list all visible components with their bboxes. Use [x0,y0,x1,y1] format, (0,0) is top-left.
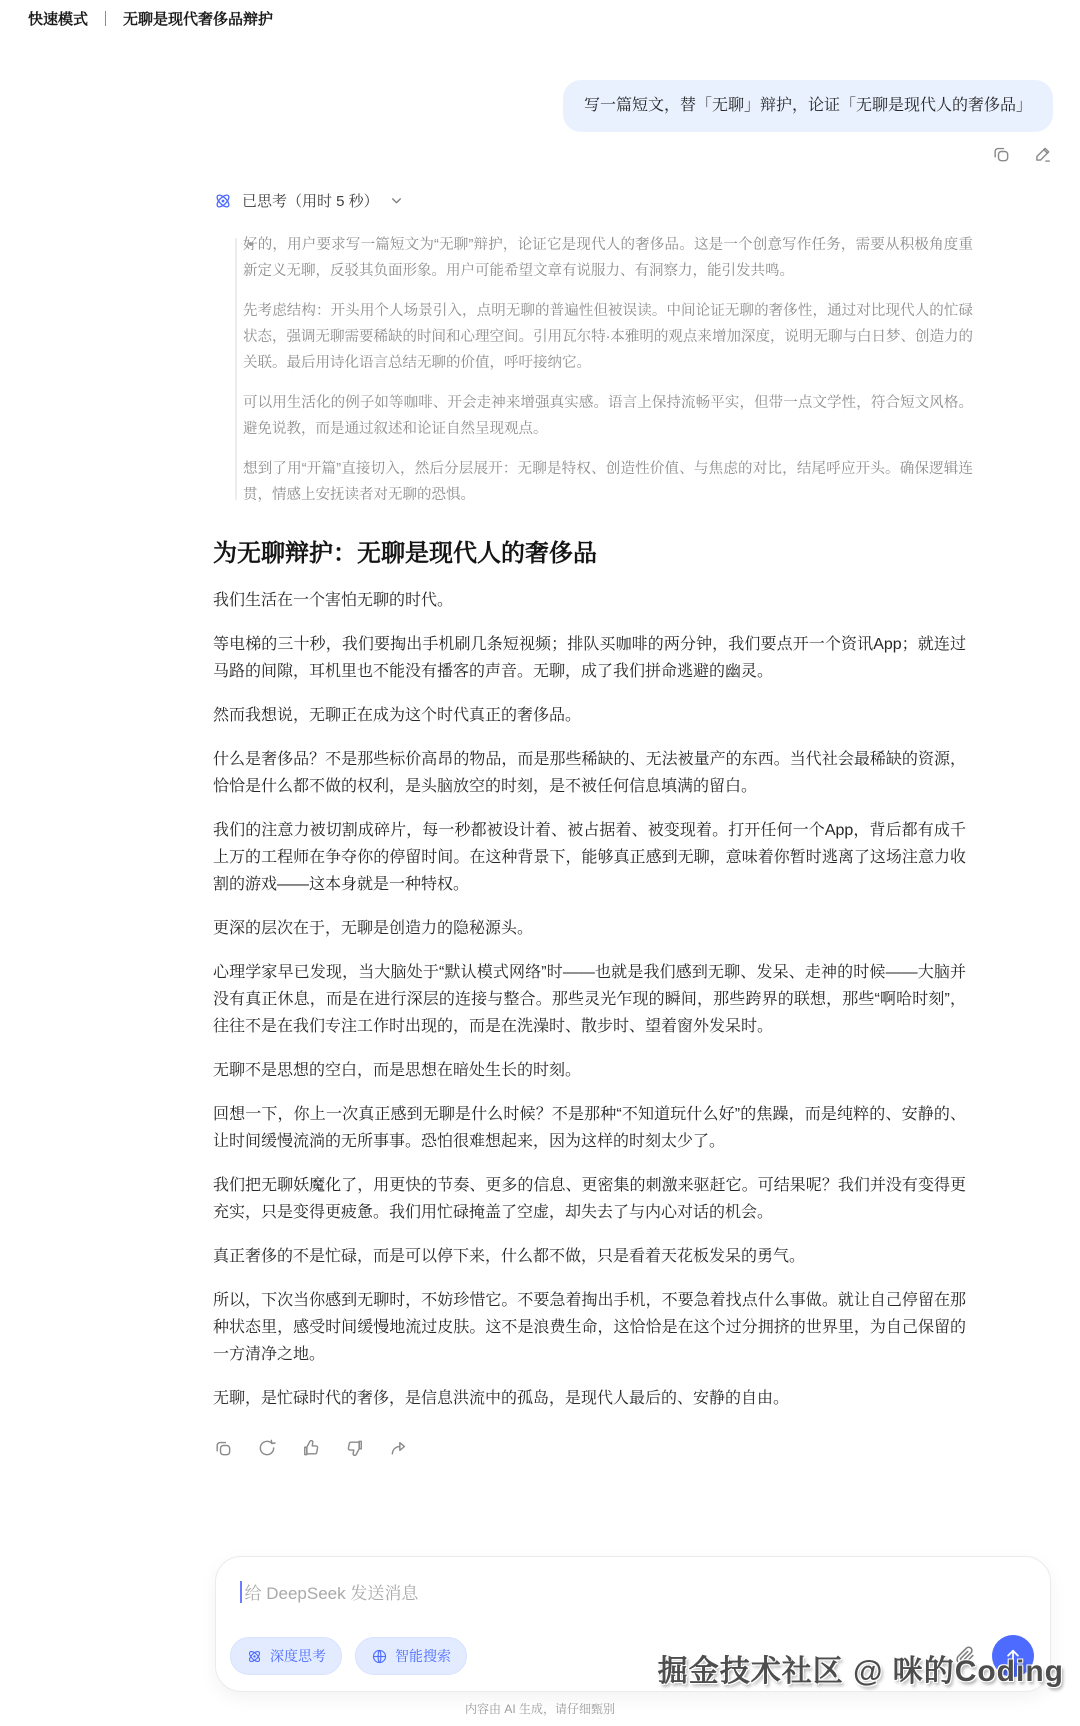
share-icon[interactable] [389,1438,409,1458]
title-separator: ｜ [98,8,113,29]
regenerate-icon[interactable] [257,1438,277,1458]
edit-icon[interactable] [1033,144,1053,164]
deepthink-atom-icon [213,191,233,211]
answer-paragraph: 然而我想说，无聊正在成为这个时代真正的奢侈品。 [213,702,966,729]
globe-icon [371,1648,388,1665]
user-message-actions [213,144,1053,164]
thinking-content: •好的，用户要求写一篇短文为“无聊”辩护，论证它是现代人的奢侈品。这是一个创意写… [213,232,973,508]
response-actions [213,1438,1053,1458]
chat-thread: 写一篇短文，替「无聊」辩护，论证「无聊是现代人的奢侈品」 已思考（用时 5 秒）… [213,0,1053,1458]
deep-think-label: 深度思考 [270,1646,326,1666]
user-message-bubble: 写一篇短文，替「无聊」辩护，论证「无聊是现代人的奢侈品」 [563,80,1053,132]
mode-label: 快速模式 [28,8,88,29]
thinking-left-rule [235,238,237,500]
answer-paragraph: 更深的层次在于，无聊是创造力的隐秘源头。 [213,915,966,942]
text-caret [240,1581,242,1603]
answer-paragraph: 我们的注意力被切割成碎片，每一秒都被设计着、被占据着、被变现着。打开任何一个Ap… [213,817,966,898]
answer-paragraph: 无聊，是忙碌时代的奢侈，是信息洪流中的孤岛，是现代人最后的、安静的自由。 [213,1385,966,1412]
chevron-down-icon [390,194,403,207]
copy-icon[interactable] [991,144,1011,164]
input-placeholder: 给 DeepSeek 发送消息 [245,1579,419,1604]
answer-paragraph: 我们把无聊妖魔化了，用更快的节奏、更多的信息、更密集的刺激来驱赶它。可结果呢？我… [213,1172,966,1226]
thinking-paragraph: 可以用生活化的例子如等咖啡、开会走神来增强真实感。语言上保持流畅平实，但带一点文… [243,390,973,442]
answer-paragraph: 等电梯的三十秒，我们要掏出手机刷几条短视频；排队买咖啡的两分钟，我们要点开一个资… [213,631,966,685]
answer-paragraph: 我们生活在一个害怕无聊的时代。 [213,587,966,614]
answer-paragraph: 心理学家早已发现，当大脑处于“默认模式网络”时——也就是我们感到无聊、发呆、走神… [213,959,966,1040]
answer-paragraph: 什么是奢侈品？不是那些标价高昂的物品，而是那些稀缺的、无法被量产的东西。当代社会… [213,746,966,800]
copy-icon[interactable] [213,1438,233,1458]
answer-paragraph: 所以，下次当你感到无聊时，不妨珍惜它。不要急着掏出手机，不要急着找点什么事做。就… [213,1287,966,1368]
watermark: 掘金技术社区 @ 咪的Coding [658,1646,1064,1690]
thinking-paragraph: •好的，用户要求写一篇短文为“无聊”辩护，论证它是现代人的奢侈品。这是一个创意写… [243,232,973,284]
deep-think-button[interactable]: 深度思考 [230,1637,342,1675]
smart-search-label: 智能搜索 [395,1646,451,1666]
ai-disclaimer: 内容由 AI 生成，请仔细甄别 [0,1700,1080,1717]
assistant-answer: 为无聊辩护：无聊是现代人的奢侈品 我们生活在一个害怕无聊的时代。 等电梯的三十秒… [213,538,966,1412]
answer-paragraph: 真正奢侈的不是忙碌，而是可以停下来，什么都不做，只是看着天花板发呆的勇气。 [213,1243,966,1270]
thumbs-up-icon[interactable] [301,1438,321,1458]
smart-search-button[interactable]: 智能搜索 [355,1637,467,1675]
user-message-row: 写一篇短文，替「无聊」辩护，论证「无聊是现代人的奢侈品」 [213,80,1053,132]
deepseek-chat-page: 快速模式 ｜ 无聊是现代奢侈品辩护 写一篇短文，替「无聊」辩护，论证「无聊是现代… [0,0,1080,1726]
thinking-paragraph: 先考虑结构：开头用个人场景引入，点明无聊的普遍性但被误读。中间论证无聊的奢侈性，… [243,298,973,376]
message-input[interactable]: 给 DeepSeek 发送消息 [240,1579,418,1604]
thinking-toggle[interactable]: 已思考（用时 5 秒） [213,190,403,211]
bullet-dot: • [248,232,253,258]
thumbs-down-icon[interactable] [345,1438,365,1458]
answer-paragraph: 无聊不是思想的空白，而是思想在暗处生长的时刻。 [213,1057,966,1084]
deepthink-atom-icon [246,1648,263,1665]
thinking-toggle-label: 已思考（用时 5 秒） [242,190,379,211]
answer-title: 为无聊辩护：无聊是现代人的奢侈品 [213,538,966,570]
thinking-paragraph: 想到了用“开篇”直接切入，然后分层展开：无聊是特权、创造性价值、与焦虑的对比，结… [243,456,973,508]
answer-paragraph: 回想一下，你上一次真正感到无聊是什么时候？不是那种“不知道玩什么好”的焦躁，而是… [213,1101,966,1155]
